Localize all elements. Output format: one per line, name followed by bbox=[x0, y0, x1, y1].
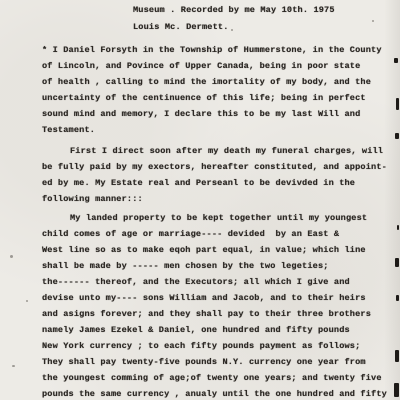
scan-artifact bbox=[396, 295, 399, 301]
typed-line: uncertainty of the centinuence of this l… bbox=[42, 90, 392, 106]
typed-line: * I Daniel Forsyth in the Township of Hu… bbox=[42, 42, 392, 58]
typed-line: ed by me. My Estate real and Perseanl to… bbox=[42, 175, 392, 191]
paper-speck bbox=[26, 300, 28, 302]
typed-line: They shall pay twenty-five pounds N.Y. c… bbox=[42, 354, 392, 370]
typed-line: devise unto my---- sons William and Jaco… bbox=[42, 290, 392, 306]
paragraph-declaration: * I Daniel Forsyth in the Township of Hu… bbox=[42, 42, 392, 138]
scan-artifact bbox=[396, 98, 399, 110]
paragraph-landed-property: My landed property to be kept together u… bbox=[42, 210, 392, 400]
typed-line: First I direct soon after my death my fu… bbox=[42, 143, 392, 159]
paper-speck bbox=[10, 255, 13, 258]
typed-line: pounds the same currency , anualy until … bbox=[42, 386, 392, 400]
paper-speck bbox=[372, 20, 374, 22]
scan-artifact bbox=[395, 133, 399, 139]
scan-artifact bbox=[394, 58, 398, 63]
paper-speck bbox=[12, 365, 15, 367]
typed-line: the------ thereof, and the Executors; al… bbox=[42, 274, 392, 290]
typed-line: following manner::: bbox=[42, 191, 392, 207]
scan-artifact bbox=[394, 383, 399, 397]
document-page: Museum . Recorded by me May 10th. 1975 L… bbox=[0, 0, 400, 400]
paper-speck bbox=[231, 29, 233, 31]
recorder-note: Museum . Recorded by me May 10th. 1975 L… bbox=[133, 2, 335, 36]
typed-line: be fully paid by my exectors, hereafter … bbox=[42, 159, 392, 175]
paragraph-funeral-charges: First I direct soon after my death my fu… bbox=[42, 143, 392, 207]
recorder-name-line: Louis Mc. Dermett. bbox=[133, 19, 335, 36]
typed-line: child comes of age or marriage---- devid… bbox=[42, 226, 392, 242]
document-body: * I Daniel Forsyth in the Township of Hu… bbox=[42, 36, 392, 400]
typed-line: of health , calling to mind the imortali… bbox=[42, 74, 392, 90]
typed-line: shall be made by ----- men chosen by the… bbox=[42, 258, 392, 274]
scan-artifact bbox=[395, 350, 399, 362]
scan-artifact bbox=[397, 225, 399, 230]
typed-line: Testament. bbox=[42, 122, 392, 138]
typed-line: West line so as to make eqoh part equal,… bbox=[42, 242, 392, 258]
typed-line: of Lincoln, and Povince of Upper Canada,… bbox=[42, 58, 392, 74]
typed-line: and asigns forever; and they shall pay t… bbox=[42, 306, 392, 322]
typed-line: the youngest comming of age;of twenty on… bbox=[42, 370, 392, 386]
typed-line: My landed property to be kept together u… bbox=[42, 210, 392, 226]
scan-artifact bbox=[395, 258, 399, 267]
typed-line: sound mind and memory, I declare this to… bbox=[42, 106, 392, 122]
typed-line: New York currency ; to each fifty pounds… bbox=[42, 338, 392, 354]
recorded-by-line: Museum . Recorded by me May 10th. 1975 bbox=[133, 2, 335, 19]
typed-line: namely James Ezekel & Daniel, one hundre… bbox=[42, 322, 392, 338]
